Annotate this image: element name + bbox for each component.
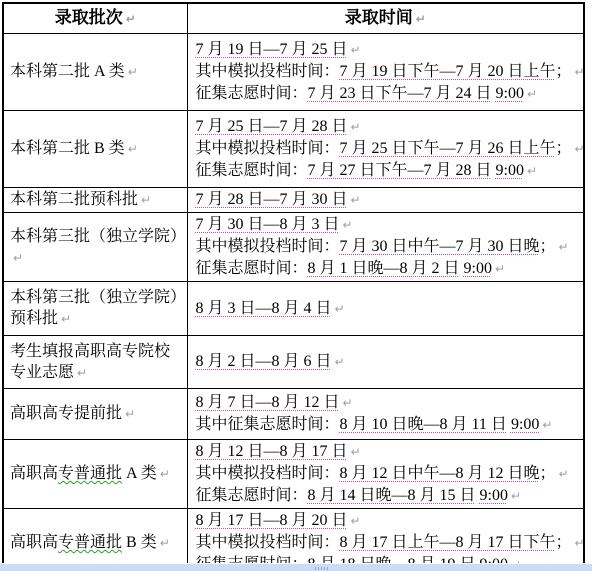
date-range-text: 7 月 25 日下午—7 月 26 日上午 [340,140,556,157]
time-line: 其中征集志愿时间：8 月 10 日晚—8 月 11 日 9:00↵ [196,414,581,436]
batch-cell: 本科第二批 B 类↵ [3,111,187,188]
paragraph-mark-icon: ↵ [542,418,552,432]
date-range-text: 7 月 27 日下午—7 月 28 日 [308,162,492,179]
date-range-text: 8 月 17 日上午—8 月 17 日下午 [340,534,556,551]
plain-text: 征集志愿时间： [196,85,308,102]
plain-text: 其中模拟投档时间： [196,63,340,80]
plain-text: 高职高专提前批 [10,405,122,422]
paragraph-mark-icon: ↵ [351,514,361,528]
date-range-text: 8 月 17 日—8 月 20 日 [196,512,348,529]
time-line: 其中模拟投档时间：8 月 12 日中午—8 月 12 日晚；↵ [196,463,581,485]
batch-cell: 本科第二批预科批↵ [3,188,187,213]
horizontal-scrollbar[interactable] [0,563,592,571]
table-row: 本科第二批 B 类↵7 月 25 日—7 月 28 日↵其中模拟投档时间：7 月… [3,111,584,188]
paragraph-mark-icon: ↵ [128,142,138,156]
paragraph-mark-icon: ↵ [575,536,584,550]
plain-text: 征集志愿时间： [196,487,308,504]
table-body: 本科第二批 A 类↵7 月 19 日—7 月 25 日↵其中模拟投档时间：7 月… [3,34,584,571]
date-range-text: 9:00 [496,162,524,179]
time-line: 征集志愿时间：8 月 14 日晚—8 月 15 日 9:00↵ [196,485,581,507]
plain-text: 高职高 [10,534,58,551]
paragraph-mark-icon: ↵ [126,12,136,26]
time-line: 其中模拟投档时间：7 月 25 日下午—7 月 26 日上午；↵ [196,138,581,160]
date-range-text: 7 月 25 日—7 月 28 日 [196,118,348,135]
paragraph-mark-icon: ↵ [351,193,361,207]
plain-text: A 类 [122,465,157,482]
paragraph-mark-icon: ↵ [128,65,138,79]
admission-schedule-table: 录取批次↵ 录取时间↵ 本科第二批 A 类↵7 月 19 日—7 月 25 日↵… [2,2,585,571]
date-range-text: 9:00 [480,487,508,504]
paragraph-mark-icon: ↵ [335,355,345,369]
paragraph-mark-icon: ↵ [416,12,426,26]
paragraph-mark-icon: ↵ [351,120,361,134]
paragraph-mark-icon: ↵ [335,302,345,316]
times-cell: 7 月 28 日—7 月 30 日↵ [187,188,584,213]
header-row: 录取批次↵ 录取时间↵ [3,3,584,34]
time-line: 7 月 19 日—7 月 25 日↵ [196,39,581,61]
times-cell: 8 月 17 日—8 月 20 日↵其中模拟投档时间：8 月 17 日上午—8 … [187,509,584,571]
date-range-text: 8 月 14 日晚—8 月 15 日 [308,487,476,504]
date-range-text: 9:00 [511,416,539,433]
plain-text: 高职高 [10,465,58,482]
times-cell: 7 月 30 日—8 月 3 日↵其中模拟投档时间：7 月 30 日中午—7 月… [187,213,584,282]
time-line: 8 月 7 日—8 月 12 日↵ [196,392,581,414]
plain-text: 其中模拟投档时间： [196,140,340,157]
batch-cell: 考生填报高职高专院校专业志愿↵ [3,336,187,389]
paragraph-mark-icon: ↵ [77,366,87,380]
times-cell: 7 月 25 日—7 月 28 日↵其中模拟投档时间：7 月 25 日下午—7 … [187,111,584,188]
paragraph-mark-icon: ↵ [61,312,71,326]
table-header: 录取批次↵ 录取时间↵ [3,3,584,34]
paragraph-mark-icon: ↵ [141,193,151,207]
date-range-text: 8 月 3 日—8 月 4 日 [196,300,332,317]
plain-text: 征集志愿时间： [196,162,308,179]
paragraph-mark-icon: ↵ [160,467,170,481]
date-range-text: 8 月 12 日中午—8 月 12 日晚 [340,465,540,482]
batch-cell: 本科第三批（独立学院）↵ [3,213,187,282]
header-time-label: 录取时间 [345,8,413,27]
grammar-flagged-text: 专普通批 [58,465,122,482]
plain-text: 其中征集志愿时间： [196,416,340,433]
batch-cell: 本科第二批 A 类↵ [3,34,187,111]
plain-text: ； [556,63,572,80]
date-range-text: 7 月 23 日下午—7 月 24 日 [308,85,492,102]
date-range-text: 8 月 12 日—8 月 17 日 [196,443,348,460]
date-range-text: 8 月 1 日晚—8 月 2 日 [308,260,460,277]
date-range-text: 7 月 28 日—7 月 30 日 [196,191,348,208]
plain-text: 本科第二批 A 类 [10,63,125,80]
table-row: 本科第三批（独立学院）↵7 月 30 日—8 月 3 日↵其中模拟投档时间：7 … [3,213,584,282]
paragraph-mark-icon: ↵ [343,218,353,232]
time-line: 8 月 12 日—8 月 17 日↵ [196,441,581,463]
plain-text: 本科第二批 B 类 [10,140,125,157]
paragraph-mark-icon: ↵ [559,240,569,254]
date-range-text: 8 月 2 日—8 月 6 日 [196,353,332,370]
times-cell: 8 月 12 日—8 月 17 日↵其中模拟投档时间：8 月 12 日中午—8 … [187,440,584,509]
plain-text: 考生填报高职高专院校专业志愿 [10,343,170,381]
plain-text: 征集志愿时间： [196,260,308,277]
paragraph-mark-icon: ↵ [559,467,569,481]
batch-cell: 本科第三批（独立学院）预科批↵ [3,282,187,336]
time-line: 7 月 25 日—7 月 28 日↵ [196,116,581,138]
batch-cell: 高职高专普通批 A 类↵ [3,440,187,509]
date-range-text: 7 月 30 日—8 月 3 日 [196,216,340,233]
header-cell-time: 录取时间↵ [187,3,584,34]
plain-text: 本科第二批预科批 [10,191,138,208]
plain-text: B 类 [122,534,157,551]
table-row: 高职高专普通批 A 类↵8 月 12 日—8 月 17 日↵其中模拟投档时间：8… [3,440,584,509]
table-row: 本科第二批预科批↵7 月 28 日—7 月 30 日↵ [3,188,584,213]
time-line: 8 月 17 日—8 月 20 日↵ [196,510,581,532]
table-row: 本科第三批（独立学院）预科批↵8 月 3 日—8 月 4 日↵ [3,282,584,336]
time-line: 7 月 30 日—8 月 3 日↵ [196,214,581,236]
paragraph-mark-icon: ↵ [351,43,361,57]
paragraph-mark-icon: ↵ [351,445,361,459]
time-line: 7 月 28 日—7 月 30 日↵ [196,189,581,211]
time-line: 征集志愿时间：8 月 1 日晚—8 月 2 日 9:00↵ [196,258,581,280]
grammar-flagged-text: 专普通批 [58,534,122,551]
date-range-text: 7 月 19 日下午—7 月 20 日上午 [340,63,556,80]
time-line: 8 月 2 日—8 月 6 日↵ [196,351,581,373]
plain-text: ； [540,465,556,482]
plain-text: 其中模拟投档时间： [196,534,340,551]
date-range-text: 8 月 7 日—8 月 12 日 [196,394,340,411]
time-line: 征集志愿时间：7 月 23 日下午—7 月 24 日 9:00↵ [196,83,581,105]
scrollbar-grip-icon[interactable] [315,567,328,570]
paragraph-mark-icon: ↵ [527,164,537,178]
paragraph-mark-icon: ↵ [575,142,584,156]
paragraph-mark-icon: ↵ [495,262,505,276]
table-row: 高职高专普通批 B 类↵8 月 17 日—8 月 20 日↵其中模拟投档时间：8… [3,509,584,571]
time-line: 其中模拟投档时间：7 月 19 日下午—7 月 20 日上午；↵ [196,61,581,83]
times-cell: 8 月 2 日—8 月 6 日↵ [187,336,584,389]
date-range-text: 7 月 30 日中午—7 月 30 日晚 [340,238,540,255]
date-range-text: 7 月 19 日—7 月 25 日 [196,41,348,58]
table-row: 考生填报高职高专院校专业志愿↵8 月 2 日—8 月 6 日↵ [3,336,584,389]
paragraph-mark-icon: ↵ [160,536,170,550]
time-line: 8 月 3 日—8 月 4 日↵ [196,298,581,320]
time-line: 其中模拟投档时间：7 月 30 日中午—7 月 30 日晚；↵ [196,236,581,258]
paragraph-mark-icon: ↵ [527,87,537,101]
paragraph-mark-icon: ↵ [13,251,23,265]
date-range-text: 9:00 [464,260,492,277]
date-range-text: 9:00 [496,85,524,102]
times-cell: 8 月 7 日—8 月 12 日↵其中征集志愿时间：8 月 10 日晚—8 月 … [187,389,584,440]
paragraph-mark-icon: ↵ [511,489,521,503]
batch-cell: 高职高专普通批 B 类↵ [3,509,187,571]
plain-text: 本科第三批（独立学院） [10,228,186,245]
plain-text: 其中模拟投档时间： [196,465,340,482]
table-row: 高职高专提前批↵8 月 7 日—8 月 12 日↵其中征集志愿时间：8 月 10… [3,389,584,440]
times-cell: 7 月 19 日—7 月 25 日↵其中模拟投档时间：7 月 19 日下午—7 … [187,34,584,111]
document-page: { "marks": { "paragraph_mark": "↵" }, "c… [0,0,592,571]
batch-cell: 高职高专提前批↵ [3,389,187,440]
paragraph-mark-icon: ↵ [575,65,584,79]
plain-text: 本科第三批（独立学院）预科批 [10,289,178,327]
plain-text: ； [556,140,572,157]
paragraph-mark-icon: ↵ [125,407,135,421]
times-cell: 8 月 3 日—8 月 4 日↵ [187,282,584,336]
time-line: 其中模拟投档时间：8 月 17 日上午—8 月 17 日下午；↵ [196,532,581,554]
paragraph-mark-icon: ↵ [343,396,353,410]
plain-text: 其中模拟投档时间： [196,238,340,255]
table-row: 本科第二批 A 类↵7 月 19 日—7 月 25 日↵其中模拟投档时间：7 月… [3,34,584,111]
date-range-text: 8 月 10 日晚—8 月 11 日 [340,416,507,433]
header-cell-batch: 录取批次↵ [3,3,187,34]
time-line: 征集志愿时间：7 月 27 日下午—7 月 28 日 9:00↵ [196,160,581,182]
plain-text: ； [540,238,556,255]
plain-text: ； [556,534,572,551]
header-batch-label: 录取批次 [55,8,123,27]
